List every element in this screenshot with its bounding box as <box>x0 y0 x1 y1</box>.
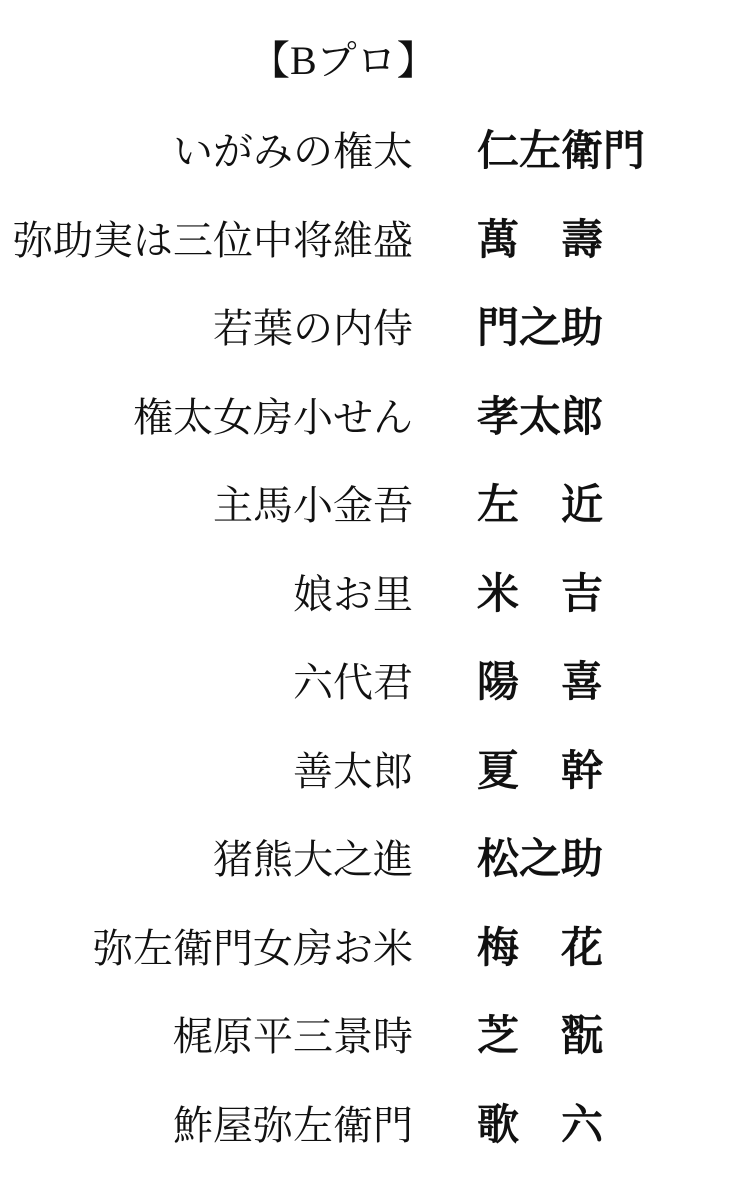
cast-row: 若葉の内侍門之助 <box>0 285 748 374</box>
cast-row: 鮓屋弥左衛門歌 六 <box>0 1082 748 1171</box>
cast-row: 善太郎夏 幹 <box>0 728 748 817</box>
role-name: 若葉の内侍 <box>0 309 413 349</box>
cast-row: 六代君陽 喜 <box>0 639 748 728</box>
cast-row: 弥左衛門女房お米梅 花 <box>0 905 748 994</box>
actor-name: 夏 幹 <box>477 751 603 793</box>
cast-row: 主馬小金吾左 近 <box>0 462 748 551</box>
actor-name: 左 近 <box>477 485 603 527</box>
actor-name: 芝 翫 <box>477 1016 603 1058</box>
cast-list: いがみの権太仁左衛門弥助実は三位中将維盛萬 壽若葉の内侍門之助権太女房小せん孝太… <box>0 108 748 1170</box>
role-name: 娘お里 <box>0 575 413 615</box>
actor-name: 萬 壽 <box>477 220 603 262</box>
role-name: 主馬小金吾 <box>0 486 413 526</box>
cast-list-page: 【Bプロ】 いがみの権太仁左衛門弥助実は三位中将維盛萬 壽若葉の内侍門之助権太女… <box>0 0 748 1200</box>
role-name: 権太女房小せん <box>0 398 413 438</box>
cast-row: 権太女房小せん孝太郎 <box>0 374 748 463</box>
cast-row: いがみの権太仁左衛門 <box>0 108 748 197</box>
actor-name: 松之助 <box>477 839 603 881</box>
actor-name: 歌 六 <box>477 1105 603 1147</box>
cast-row: 猪熊大之進松之助 <box>0 816 748 905</box>
role-name: いがみの権太 <box>0 132 413 172</box>
role-name: 六代君 <box>0 663 413 703</box>
role-name: 鮓屋弥左衛門 <box>0 1106 413 1146</box>
role-name: 弥左衛門女房お米 <box>0 929 413 969</box>
actor-name: 孝太郎 <box>477 397 603 439</box>
role-name: 善太郎 <box>0 752 413 792</box>
actor-name: 仁左衛門 <box>477 131 645 173</box>
role-name: 弥助実は三位中将維盛 <box>0 221 413 261</box>
cast-row: 娘お里米 吉 <box>0 551 748 640</box>
role-name: 梶原平三景時 <box>0 1017 413 1057</box>
role-name: 猪熊大之進 <box>0 840 413 880</box>
actor-name: 陽 喜 <box>477 662 603 704</box>
program-title: 【Bプロ】 <box>250 38 437 84</box>
cast-row: 弥助実は三位中将維盛萬 壽 <box>0 197 748 286</box>
actor-name: 門之助 <box>477 308 603 350</box>
actor-name: 米 吉 <box>477 574 603 616</box>
cast-row: 梶原平三景時芝 翫 <box>0 993 748 1082</box>
actor-name: 梅 花 <box>477 928 603 970</box>
